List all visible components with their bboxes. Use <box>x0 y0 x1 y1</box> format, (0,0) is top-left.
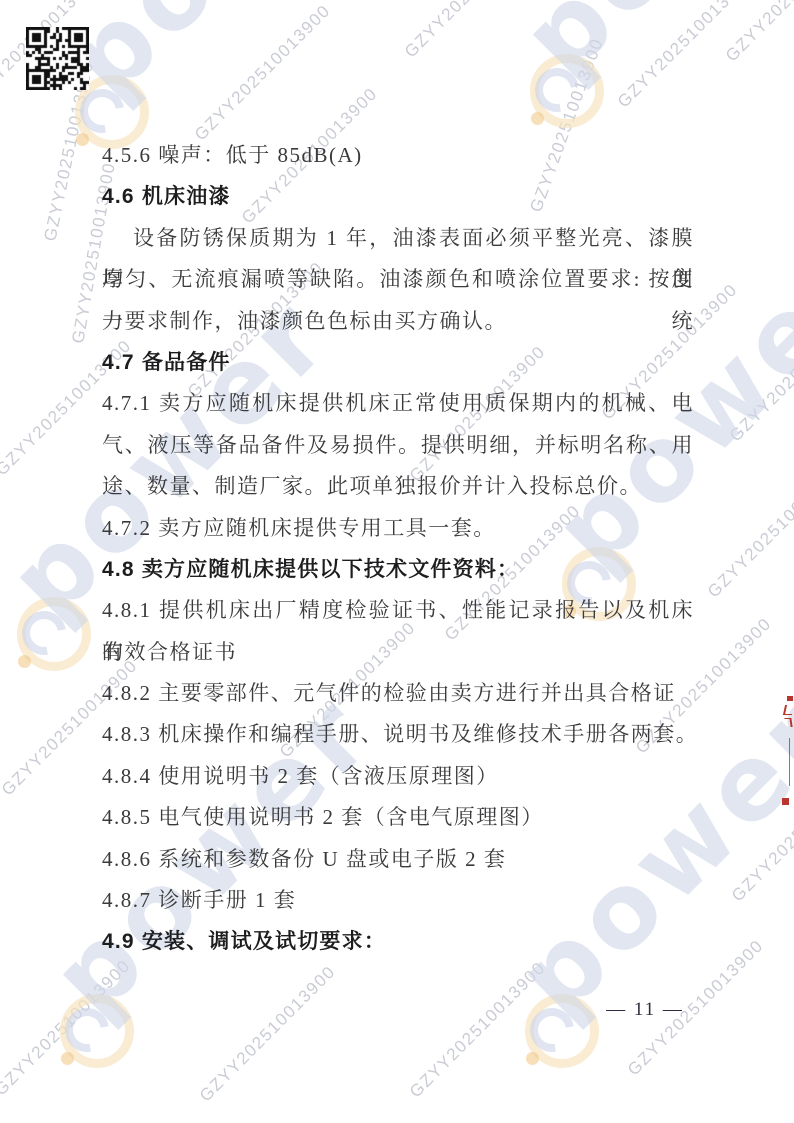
watermark-text: GZYY202510013900 <box>406 958 550 1102</box>
text-line: 4.7.2 卖方应随机床提供专用工具一套。 <box>102 508 694 549</box>
text-line: 4.5.6 噪声：低于 85dB(A) <box>102 135 694 176</box>
document-page: GZYY202510013900GZYY202510013900GZYY2025… <box>0 0 794 1123</box>
stamp-line <box>789 738 791 786</box>
text-line: 途、数量、制造厂家。此项单独报价并计入投标总价。 <box>102 466 694 507</box>
text-line: 设备防锈保质期为 1 年，油漆表面必须平整光亮、漆膜厚度 <box>102 218 694 259</box>
section-heading: 4.8 卖方应随机床提供以下技术文件资料： <box>102 549 694 590</box>
text-line: 4.8.1 提供机床出厂精度检验证书、性能记录报告以及机床的 <box>102 590 694 631</box>
text-line: 气、液压等备品备件及易损件。提供明细，并标明名称、用 <box>102 425 694 466</box>
document-body: 4.5.6 噪声：低于 85dB(A)4.6 机床油漆设备防锈保质期为 1 年，… <box>102 135 694 963</box>
watermark-text: GZYY202510013900 <box>0 956 135 1100</box>
section-heading: 4.6 机床油漆 <box>102 176 694 217</box>
watermark-text: GZYY202510013900 <box>726 302 794 446</box>
watermark-text: GZYY202510013900 <box>614 0 758 112</box>
text-line: 均匀、无流痕漏喷等缺陷。油漆颜色和喷涂位置要求: 按创力统 <box>102 259 694 300</box>
stamp-mark <box>782 798 789 805</box>
watermark-text: GZYY202510013900 <box>196 962 340 1106</box>
watermark-text: GZYY202510013900 <box>401 0 545 62</box>
brand-logo-watermark <box>60 994 134 1068</box>
section-heading: 4.9 安装、调试及试切要求： <box>102 921 694 962</box>
text-line: 4.8.3 机床操作和编程手册、说明书及维修技术手册各两套。 <box>102 714 694 755</box>
text-line: 4.8.4 使用说明书 2 套（含液压原理图） <box>102 756 694 797</box>
brand-logo-watermark <box>530 54 604 128</box>
brand-word-watermark: power <box>54 0 401 109</box>
text-line: 4.8.6 系统和参数备份 U 盘或电子版 2 套 <box>102 839 694 880</box>
brand-word-watermark: power <box>509 0 794 88</box>
stamp-mark <box>784 718 792 727</box>
text-line: 4.8.5 电气使用说明书 2 套（含电气原理图） <box>102 797 694 838</box>
stamp-mark <box>783 705 794 715</box>
section-heading: 4.7 备品备件 <box>102 342 694 383</box>
page-number: — 11 — <box>560 999 730 1021</box>
text-line: 4.7.1 卖方应随机床提供机床正常使用质保期内的机械、电 <box>102 383 694 424</box>
text-line: 4.8.2 主要零部件、元气件的检验由卖方进行并出具合格证 <box>102 673 694 714</box>
qr-code <box>26 27 89 90</box>
text-line: 有效合格证书 <box>102 632 694 673</box>
stamp-mark <box>787 696 793 701</box>
text-line: 4.8.7 诊断手册 1 套 <box>102 880 694 921</box>
watermark-text: GZYY202510013900 <box>722 0 794 66</box>
brand-logo-watermark <box>17 597 91 671</box>
watermark-text: GZYY202510013900 <box>704 458 794 602</box>
edge-stamp-fragment <box>782 694 794 816</box>
watermark-text: GZYY202510013900 <box>191 1 335 145</box>
